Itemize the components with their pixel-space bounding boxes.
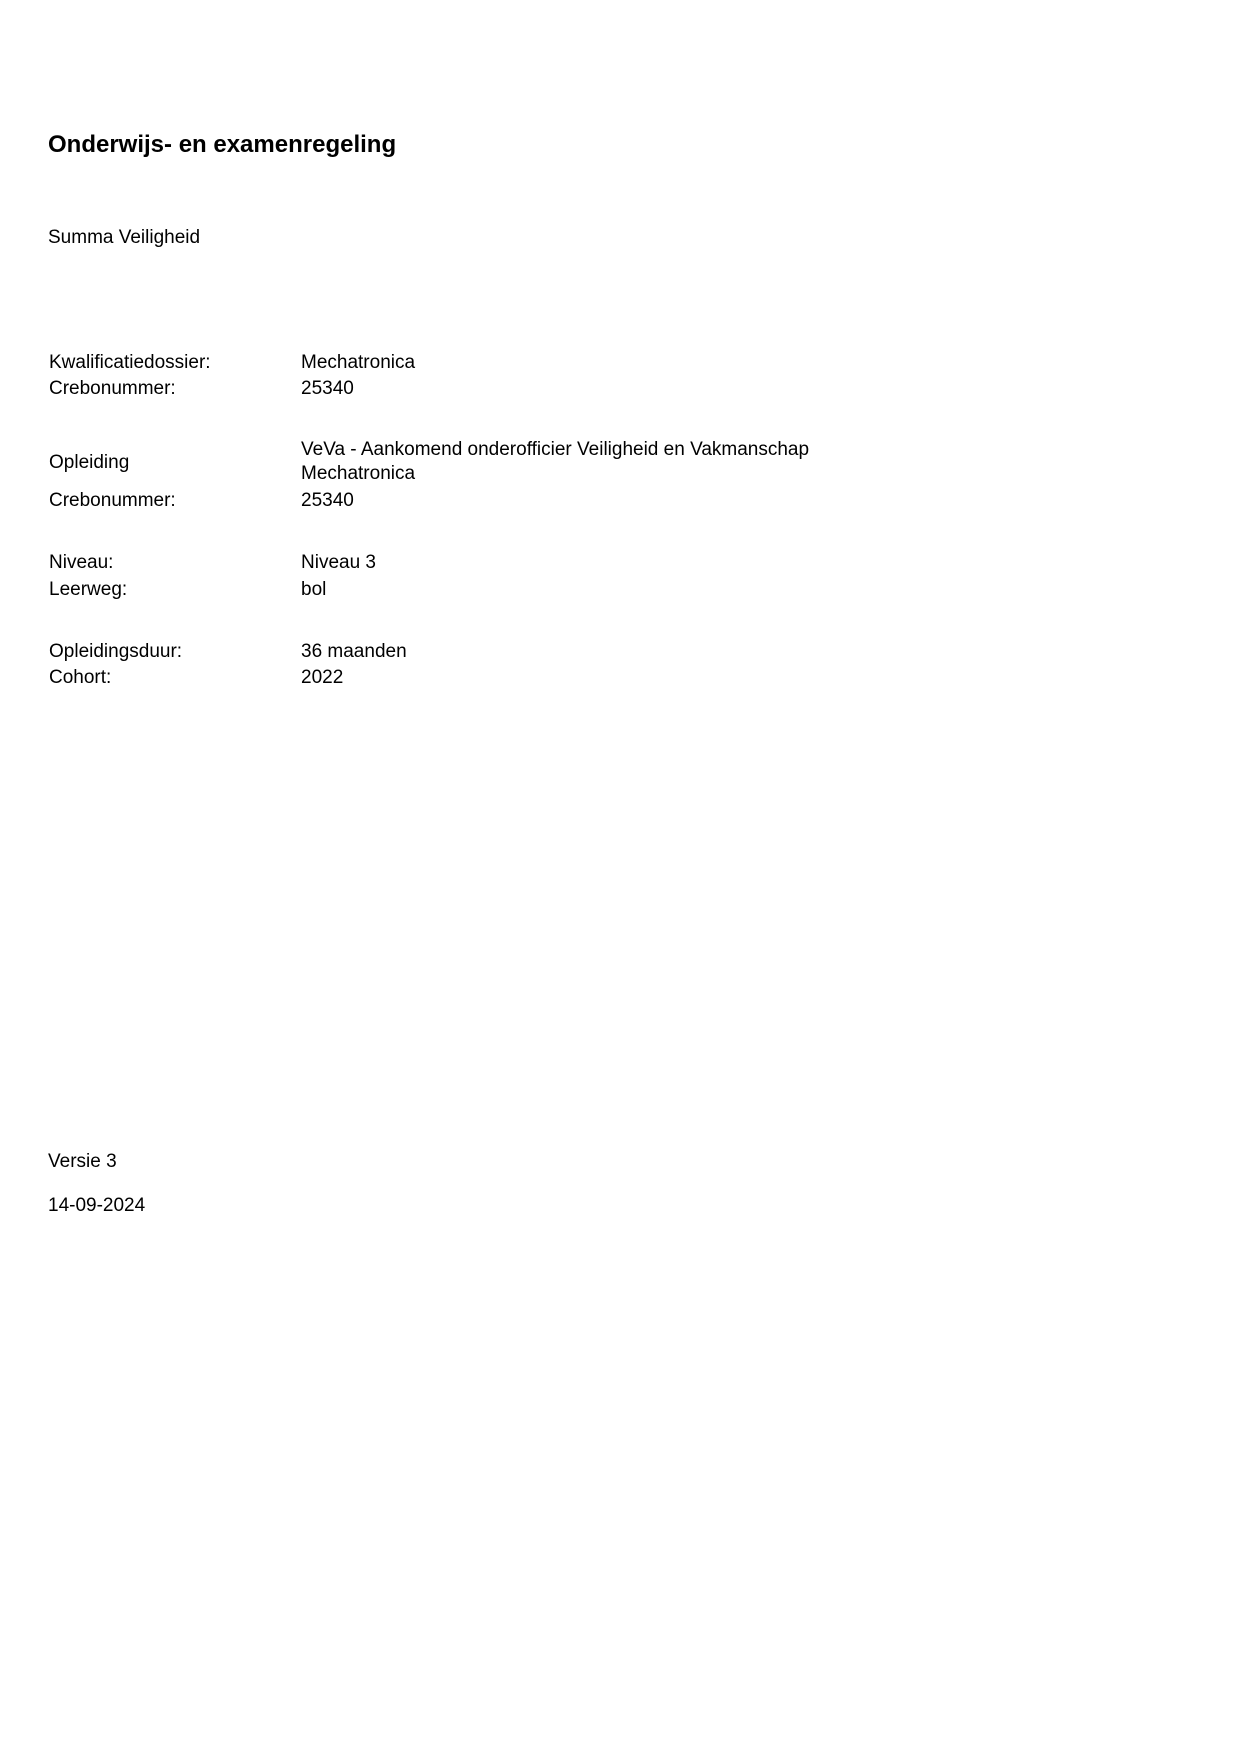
field-value-line-2: Mechatronica xyxy=(301,462,809,486)
field-value: 2022 xyxy=(301,665,343,691)
field-label: Opleidingsduur: xyxy=(49,639,182,665)
field-value: 25340 xyxy=(301,488,354,514)
field-niveau: Niveau: Niveau 3 xyxy=(49,550,949,576)
field-crebonummer-kwalificatie: Crebonummer: 25340 xyxy=(49,376,949,402)
field-value: bol xyxy=(301,577,326,603)
field-value: VeVa - Aankomend onderofficier Veilighei… xyxy=(301,438,809,486)
document-version: Versie 3 xyxy=(48,1150,117,1174)
field-value-line-1: VeVa - Aankomend onderofficier Veilighei… xyxy=(301,438,809,462)
organization-name: Summa Veiligheid xyxy=(48,226,200,250)
field-label: Crebonummer: xyxy=(49,376,176,402)
field-label: Crebonummer: xyxy=(49,488,176,514)
field-label: Cohort: xyxy=(49,665,111,691)
field-label: Niveau: xyxy=(49,550,113,576)
field-value: Mechatronica xyxy=(301,350,415,376)
field-value: Niveau 3 xyxy=(301,550,376,576)
field-kwalificatiedossier: Kwalificatiedossier: Mechatronica xyxy=(49,350,949,376)
field-value: 25340 xyxy=(301,376,354,402)
document-title: Onderwijs- en examenregeling xyxy=(48,130,396,160)
field-crebonummer-opleiding: Crebonummer: 25340 xyxy=(49,488,949,514)
field-label: Leerweg: xyxy=(49,577,127,603)
field-opleidingsduur: Opleidingsduur: 36 maanden xyxy=(49,639,949,665)
field-value: 36 maanden xyxy=(301,639,407,665)
document-date: 14-09-2024 xyxy=(48,1194,145,1218)
field-cohort: Cohort: 2022 xyxy=(49,665,949,691)
field-label: Kwalificatiedossier: xyxy=(49,350,211,376)
field-label: Opleiding xyxy=(49,450,129,476)
field-opleiding: Opleiding VeVa - Aankomend onderofficier… xyxy=(49,438,949,488)
field-leerweg: Leerweg: bol xyxy=(49,577,949,603)
